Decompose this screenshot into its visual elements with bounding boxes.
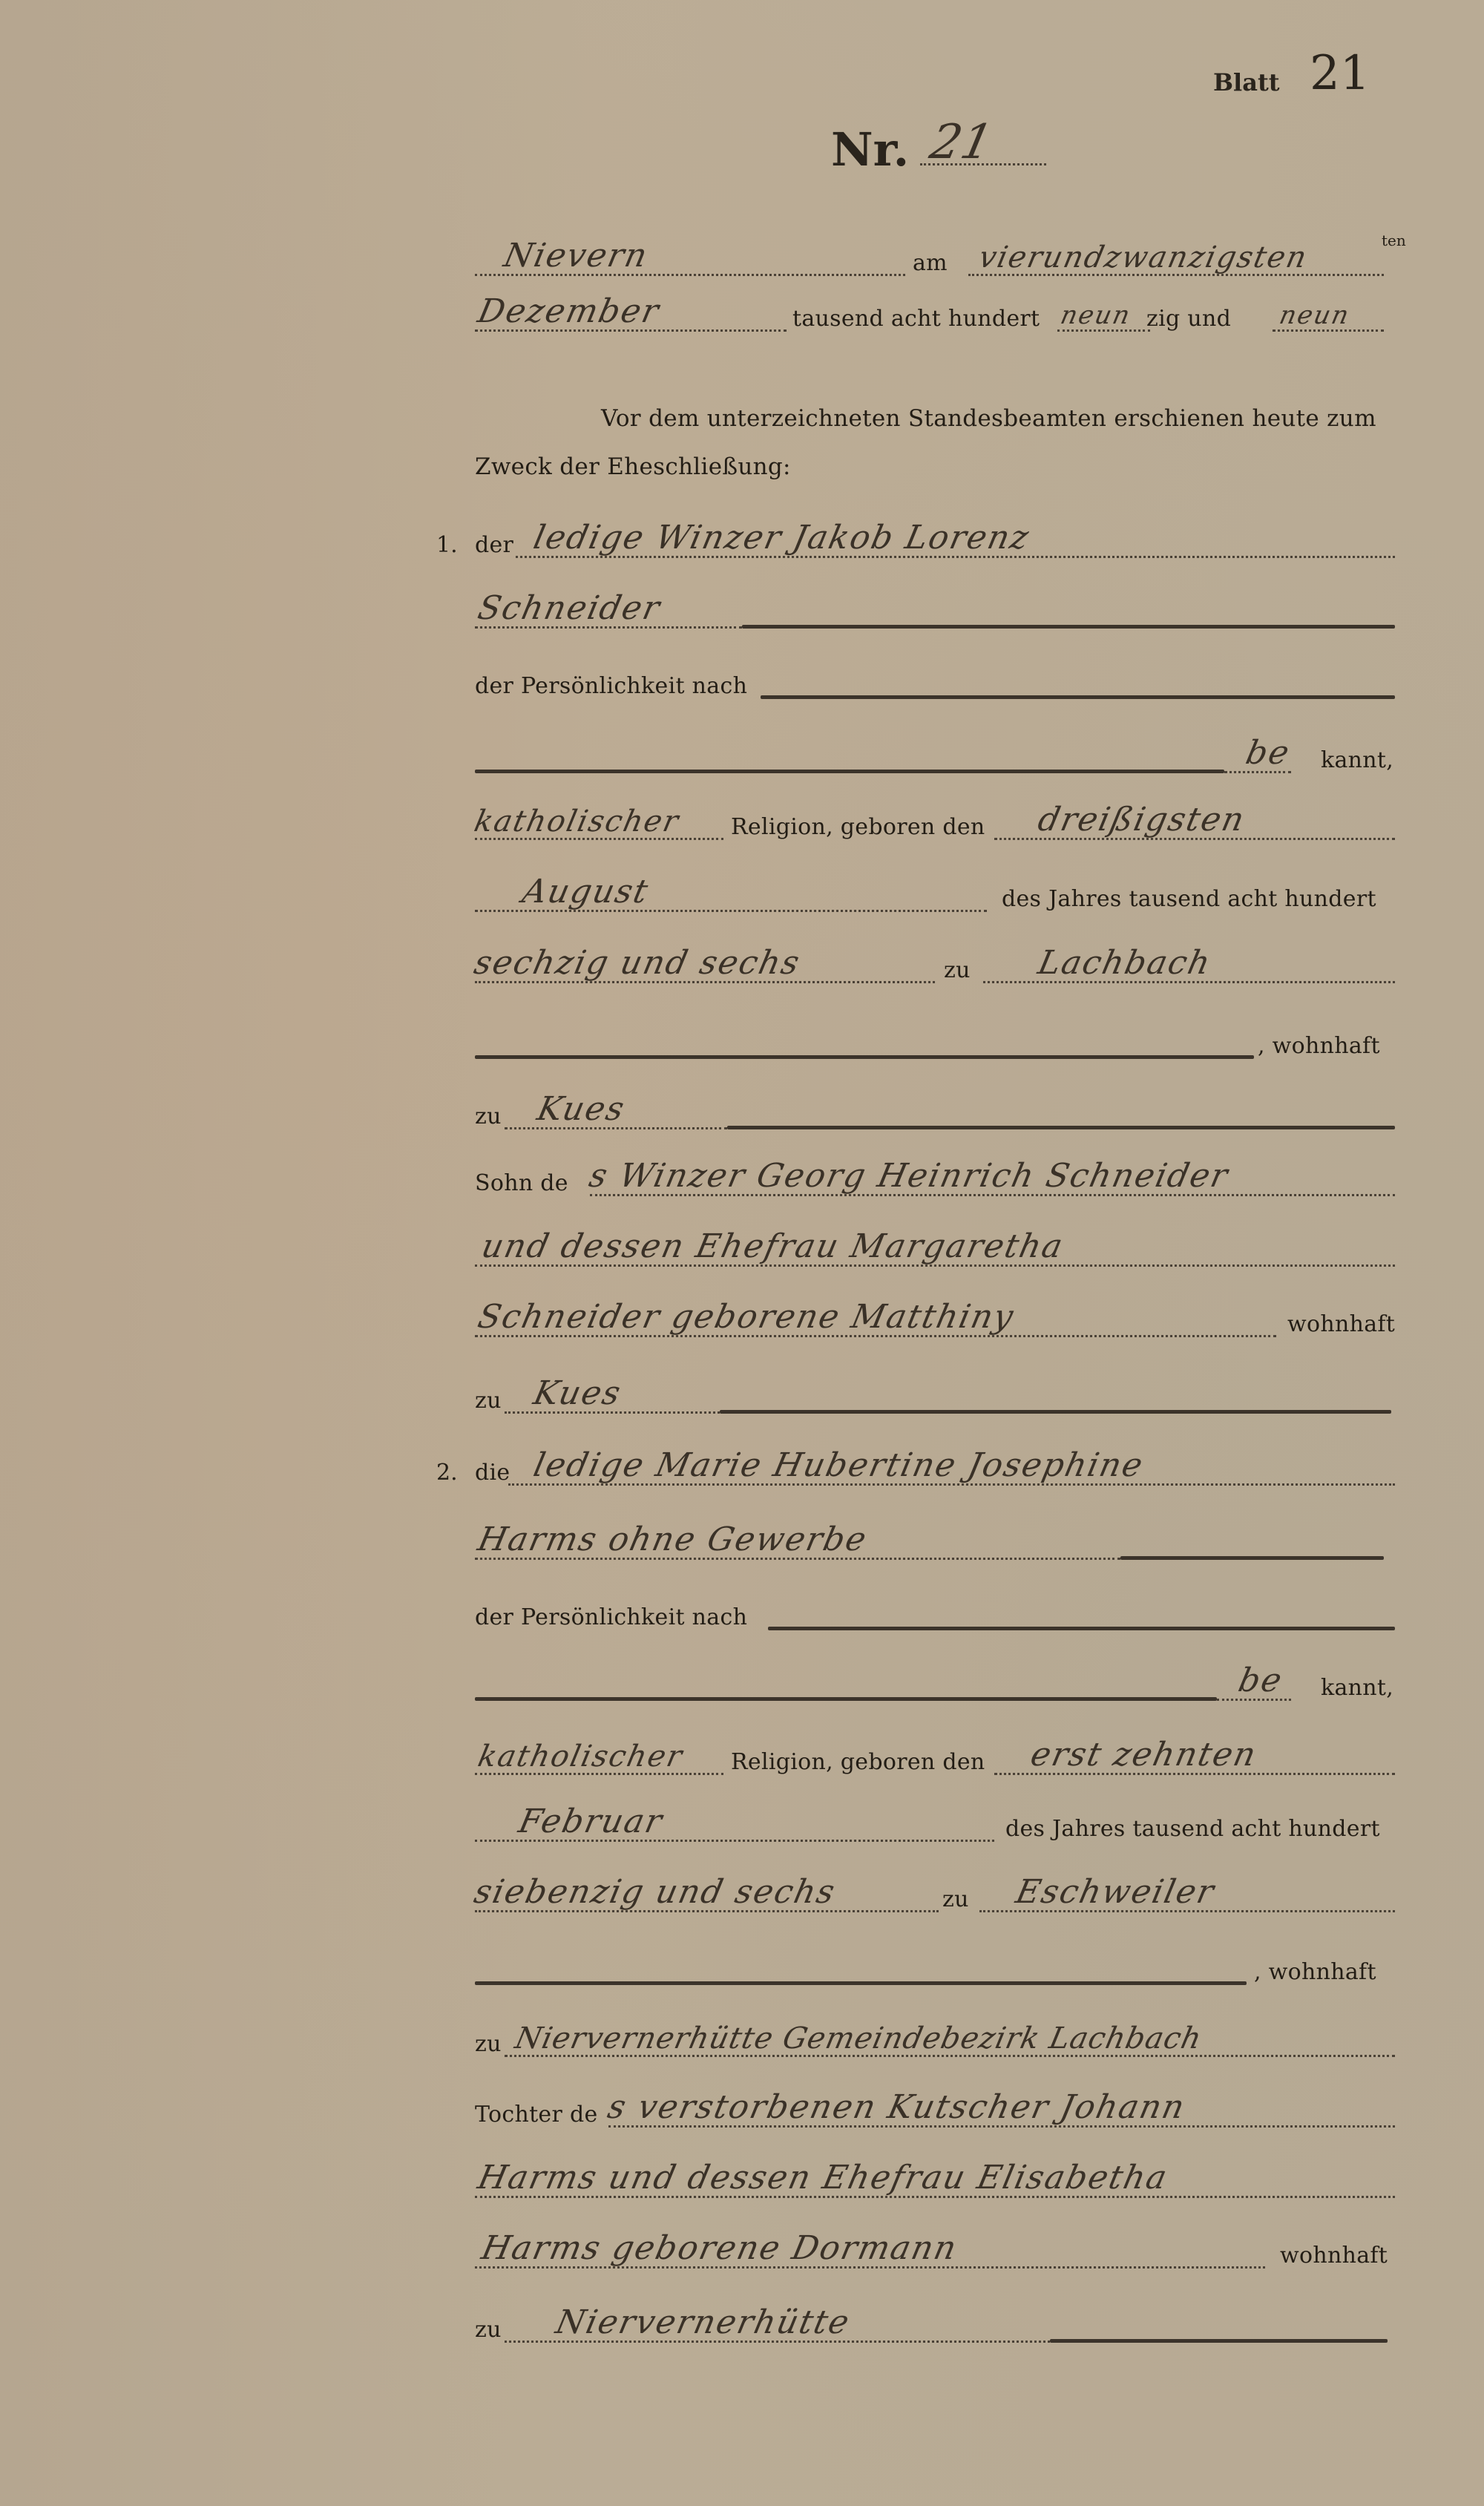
groom-residence-line: zu Kues (475, 1076, 1395, 1135)
groom-known-handwritten: be (1243, 734, 1294, 772)
bride-name-handwritten-2: Harms ohne Gewerbe (475, 1521, 871, 1558)
groom-parents-zu-label: zu (475, 1388, 502, 1414)
groom-religion-handwritten: katholischer (471, 804, 683, 839)
groom-name-line-1: 1. der ledige Winzer Jakob Lorenz (475, 505, 1395, 564)
sheet-number: 21 (1310, 46, 1370, 101)
bride-resident-label: , wohnhaft (1254, 1959, 1376, 1985)
groom-birth-month-line: August des Jahres tausend acht hundert (475, 859, 1395, 918)
groom-article: der (475, 532, 513, 558)
bride-index: 2. (436, 1460, 458, 1486)
bride-parents-line-2: Harms und dessen Ehefrau Elisabetha (475, 2145, 1395, 2204)
bride-religion-label: Religion, geboren den (731, 1749, 985, 1775)
groom-zu-label: zu (475, 1103, 502, 1129)
day-handwritten: vierundzwanzigsten (976, 240, 1311, 275)
bride-birth-month-line: Februar des Jahres tausend acht hundert (475, 1788, 1395, 1848)
bride-name-line-1: 2. die ledige Marie Hubertine Josephine (475, 1432, 1395, 1492)
preamble-line-2: Zweck der Eheschließung: (475, 427, 1395, 486)
groom-birth-month-handwritten: August (519, 873, 653, 911)
groom-parents-handwritten-2: und dessen Ehefrau Margaretha (479, 1227, 1068, 1265)
groom-parents-resident-label: wohnhaft (1287, 1311, 1395, 1337)
groom-name-handwritten-1: ledige Winzer Jakob Lorenz (531, 519, 1034, 557)
month-handwritten: Dezember (475, 292, 663, 330)
groom-known-line: be kannt, (475, 720, 1395, 779)
record-number-label: Nr. (831, 122, 909, 177)
decade-handwritten: neun (1058, 301, 1134, 330)
groom-identity-line: der Persönlichkeit nach (475, 646, 1395, 705)
groom-birth-year-handwritten: sechzig und sechs (471, 944, 804, 982)
bride-identity-label: der Persönlichkeit nach (475, 1604, 747, 1630)
groom-year-label: des Jahres tausend acht hundert (1002, 886, 1376, 912)
groom-resident-line: , wohnhaft (475, 1006, 1395, 1065)
bride-parents-residence-handwritten: Niervernerhütte (553, 2303, 854, 2341)
bride-residence-line: zu Niervernerhütte Gemeindebezirk Lachba… (475, 2004, 1395, 2063)
bride-at-label: zu (942, 1886, 969, 1912)
bride-known-handwritten: be (1235, 1662, 1287, 1699)
groom-birth-year-line: sechzig und sechs zu Lachbach (475, 930, 1395, 989)
groom-known-suffix: kannt, (1321, 747, 1393, 773)
date-line-1: Nievern am vierundzwanzigsten ten (475, 223, 1395, 282)
groom-birth-day-handwritten: dreißigsten (1035, 801, 1249, 839)
decade-suffix-label: zig und (1146, 306, 1231, 332)
groom-name-handwritten-2: Schneider (475, 589, 665, 627)
bride-known-line: be kannt, (475, 1647, 1395, 1707)
groom-identity-label: der Persönlichkeit nach (475, 673, 747, 699)
bride-known-suffix: kannt, (1321, 1675, 1393, 1701)
bride-religion-line: katholischer Religion, geboren den erst … (475, 1722, 1395, 1781)
preamble-text-2: Zweck der Eheschließung: (475, 453, 791, 480)
bride-birth-day-handwritten: erst zehnten (1028, 1736, 1261, 1774)
bride-parent-label: Tochter de (475, 2102, 598, 2128)
groom-index: 1. (436, 532, 458, 558)
groom-parents-line-1: Sohn de s Winzer Georg Heinrich Schneide… (475, 1143, 1395, 1202)
year-prefix-label: tausend acht hundert (792, 306, 1040, 332)
date-line-2: Dezember tausend acht hundert neun zig u… (475, 278, 1395, 338)
bride-parents-handwritten-1: s verstorbenen Kutscher Johann (605, 2088, 1189, 2126)
bride-zu-label: zu (475, 2031, 502, 2057)
groom-parents-handwritten-3: Schneider geborene Matthiny (475, 1298, 1018, 1336)
year-unit-handwritten: neun (1277, 301, 1353, 330)
groom-parents-residence-handwritten: Kues (531, 1374, 626, 1412)
groom-residence-handwritten: Kues (534, 1090, 629, 1128)
groom-name-line-2: Schneider (475, 575, 1395, 634)
bride-parents-resident-label: wohnhaft (1280, 2243, 1388, 2269)
groom-religion-line: katholischer Religion, geboren den dreiß… (475, 787, 1395, 846)
day-suffix: ten (1382, 232, 1406, 249)
bride-birth-year-line: siebenzig und sechs zu Eschweiler (475, 1859, 1395, 1918)
groom-parent-label: Sohn de (475, 1170, 568, 1196)
groom-birth-place-handwritten: Lachbach (1035, 944, 1215, 982)
bride-article: die (475, 1460, 510, 1486)
groom-parents-handwritten-1: s Winzer Georg Heinrich Schneider (586, 1157, 1232, 1195)
groom-religion-label: Religion, geboren den (731, 814, 985, 840)
place-handwritten: Nievern (501, 237, 652, 275)
sheet-label: Blatt (1213, 68, 1280, 96)
bride-parents-zu-label: zu (475, 2317, 502, 2343)
bride-name-handwritten-1: ledige Marie Hubertine Josephine (531, 1446, 1148, 1484)
bride-birth-place-handwritten: Eschweiler (1013, 1873, 1218, 1911)
record-number-handwritten: 21 (925, 115, 997, 170)
on-label: am (913, 250, 948, 276)
groom-resident-label: , wohnhaft (1258, 1033, 1380, 1059)
bride-parents-handwritten-3: Harms geborene Dormann (479, 2229, 961, 2267)
groom-parents-residence-line: zu Kues (475, 1360, 1395, 1420)
bride-birth-month-handwritten: Februar (516, 1803, 667, 1840)
bride-birth-year-handwritten: siebenzig und sechs (471, 1873, 839, 1911)
bride-identity-line: der Persönlichkeit nach (475, 1577, 1395, 1636)
bride-name-line-2: Harms ohne Gewerbe (475, 1506, 1395, 1566)
bride-parents-residence-line: zu Niervernerhütte (475, 2289, 1395, 2349)
groom-parents-line-3: Schneider geborene Matthiny wohnhaft (475, 1284, 1395, 1343)
bride-parents-line-3: Harms geborene Dormann wohnhaft (475, 2215, 1395, 2274)
bride-resident-line: , wohnhaft (475, 1932, 1395, 1991)
bride-parents-handwritten-2: Harms und dessen Ehefrau Elisabetha (475, 2159, 1172, 2197)
bride-parents-line-1: Tochter de s verstorbenen Kutscher Johan… (475, 2074, 1395, 2133)
groom-at-label: zu (944, 957, 971, 983)
groom-parents-line-2: und dessen Ehefrau Margaretha (475, 1213, 1395, 1273)
bride-residence-handwritten: Niervernerhütte Gemeindebezirk Lachbach (512, 2021, 1205, 2056)
bride-year-label: des Jahres tausend acht hundert (1005, 1816, 1380, 1842)
bride-religion-handwritten: katholischer (475, 1739, 686, 1774)
